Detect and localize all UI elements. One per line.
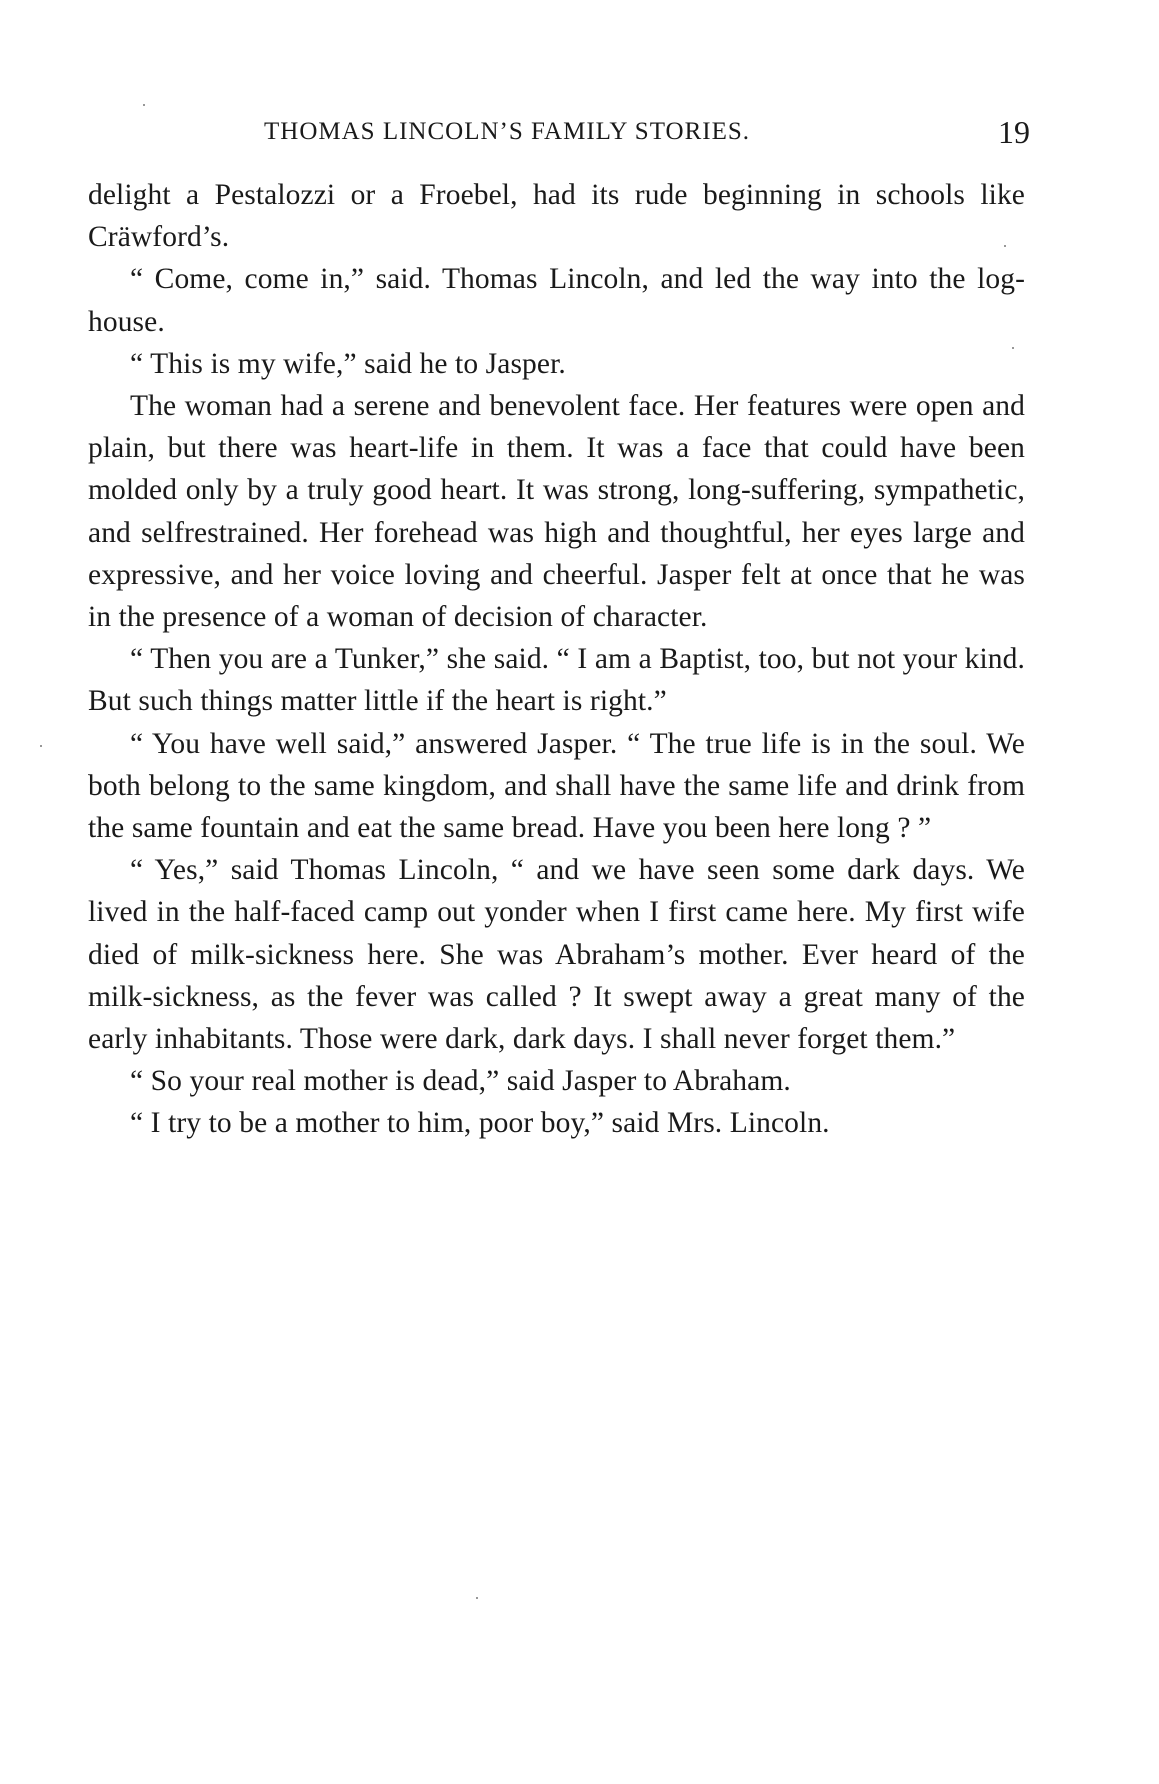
paragraph: The woman had a serene and benevolent fa… [88,385,1025,638]
paragraph: “ I try to be a mother to him, poor boy,… [88,1102,1025,1144]
page-number: 19 [998,114,1030,151]
running-head: THOMAS LINCOLN’S FAMILY STORIES. 19 [88,114,1028,154]
scan-speck [40,745,42,747]
paragraph: “ Come, come in,” said. Thomas Lincoln, … [88,258,1025,342]
paragraph: “ Then you are a Tunker,” she said. “ I … [88,638,1025,722]
paragraph: “ Yes,” said Thomas Lincoln, “ and we ha… [88,849,1025,1060]
paragraph: delight a Pestalozzi or a Froebel, had i… [88,174,1025,258]
scan-speck [476,1597,478,1599]
paragraph: “ You have well said,” answered Jasper. … [88,723,1025,850]
body-text: delight a Pestalozzi or a Froebel, had i… [88,174,1025,1145]
scan-speck [1012,347,1014,349]
paragraph: “ So your real mother is dead,” said Jas… [88,1060,1025,1102]
scan-speck [143,104,145,106]
scan-speck [1004,245,1006,247]
paragraph: “ This is my wife,” said he to Jasper. [88,343,1025,385]
book-page: THOMAS LINCOLN’S FAMILY STORIES. 19 deli… [0,0,1159,1784]
running-title: THOMAS LINCOLN’S FAMILY STORIES. [264,118,750,146]
